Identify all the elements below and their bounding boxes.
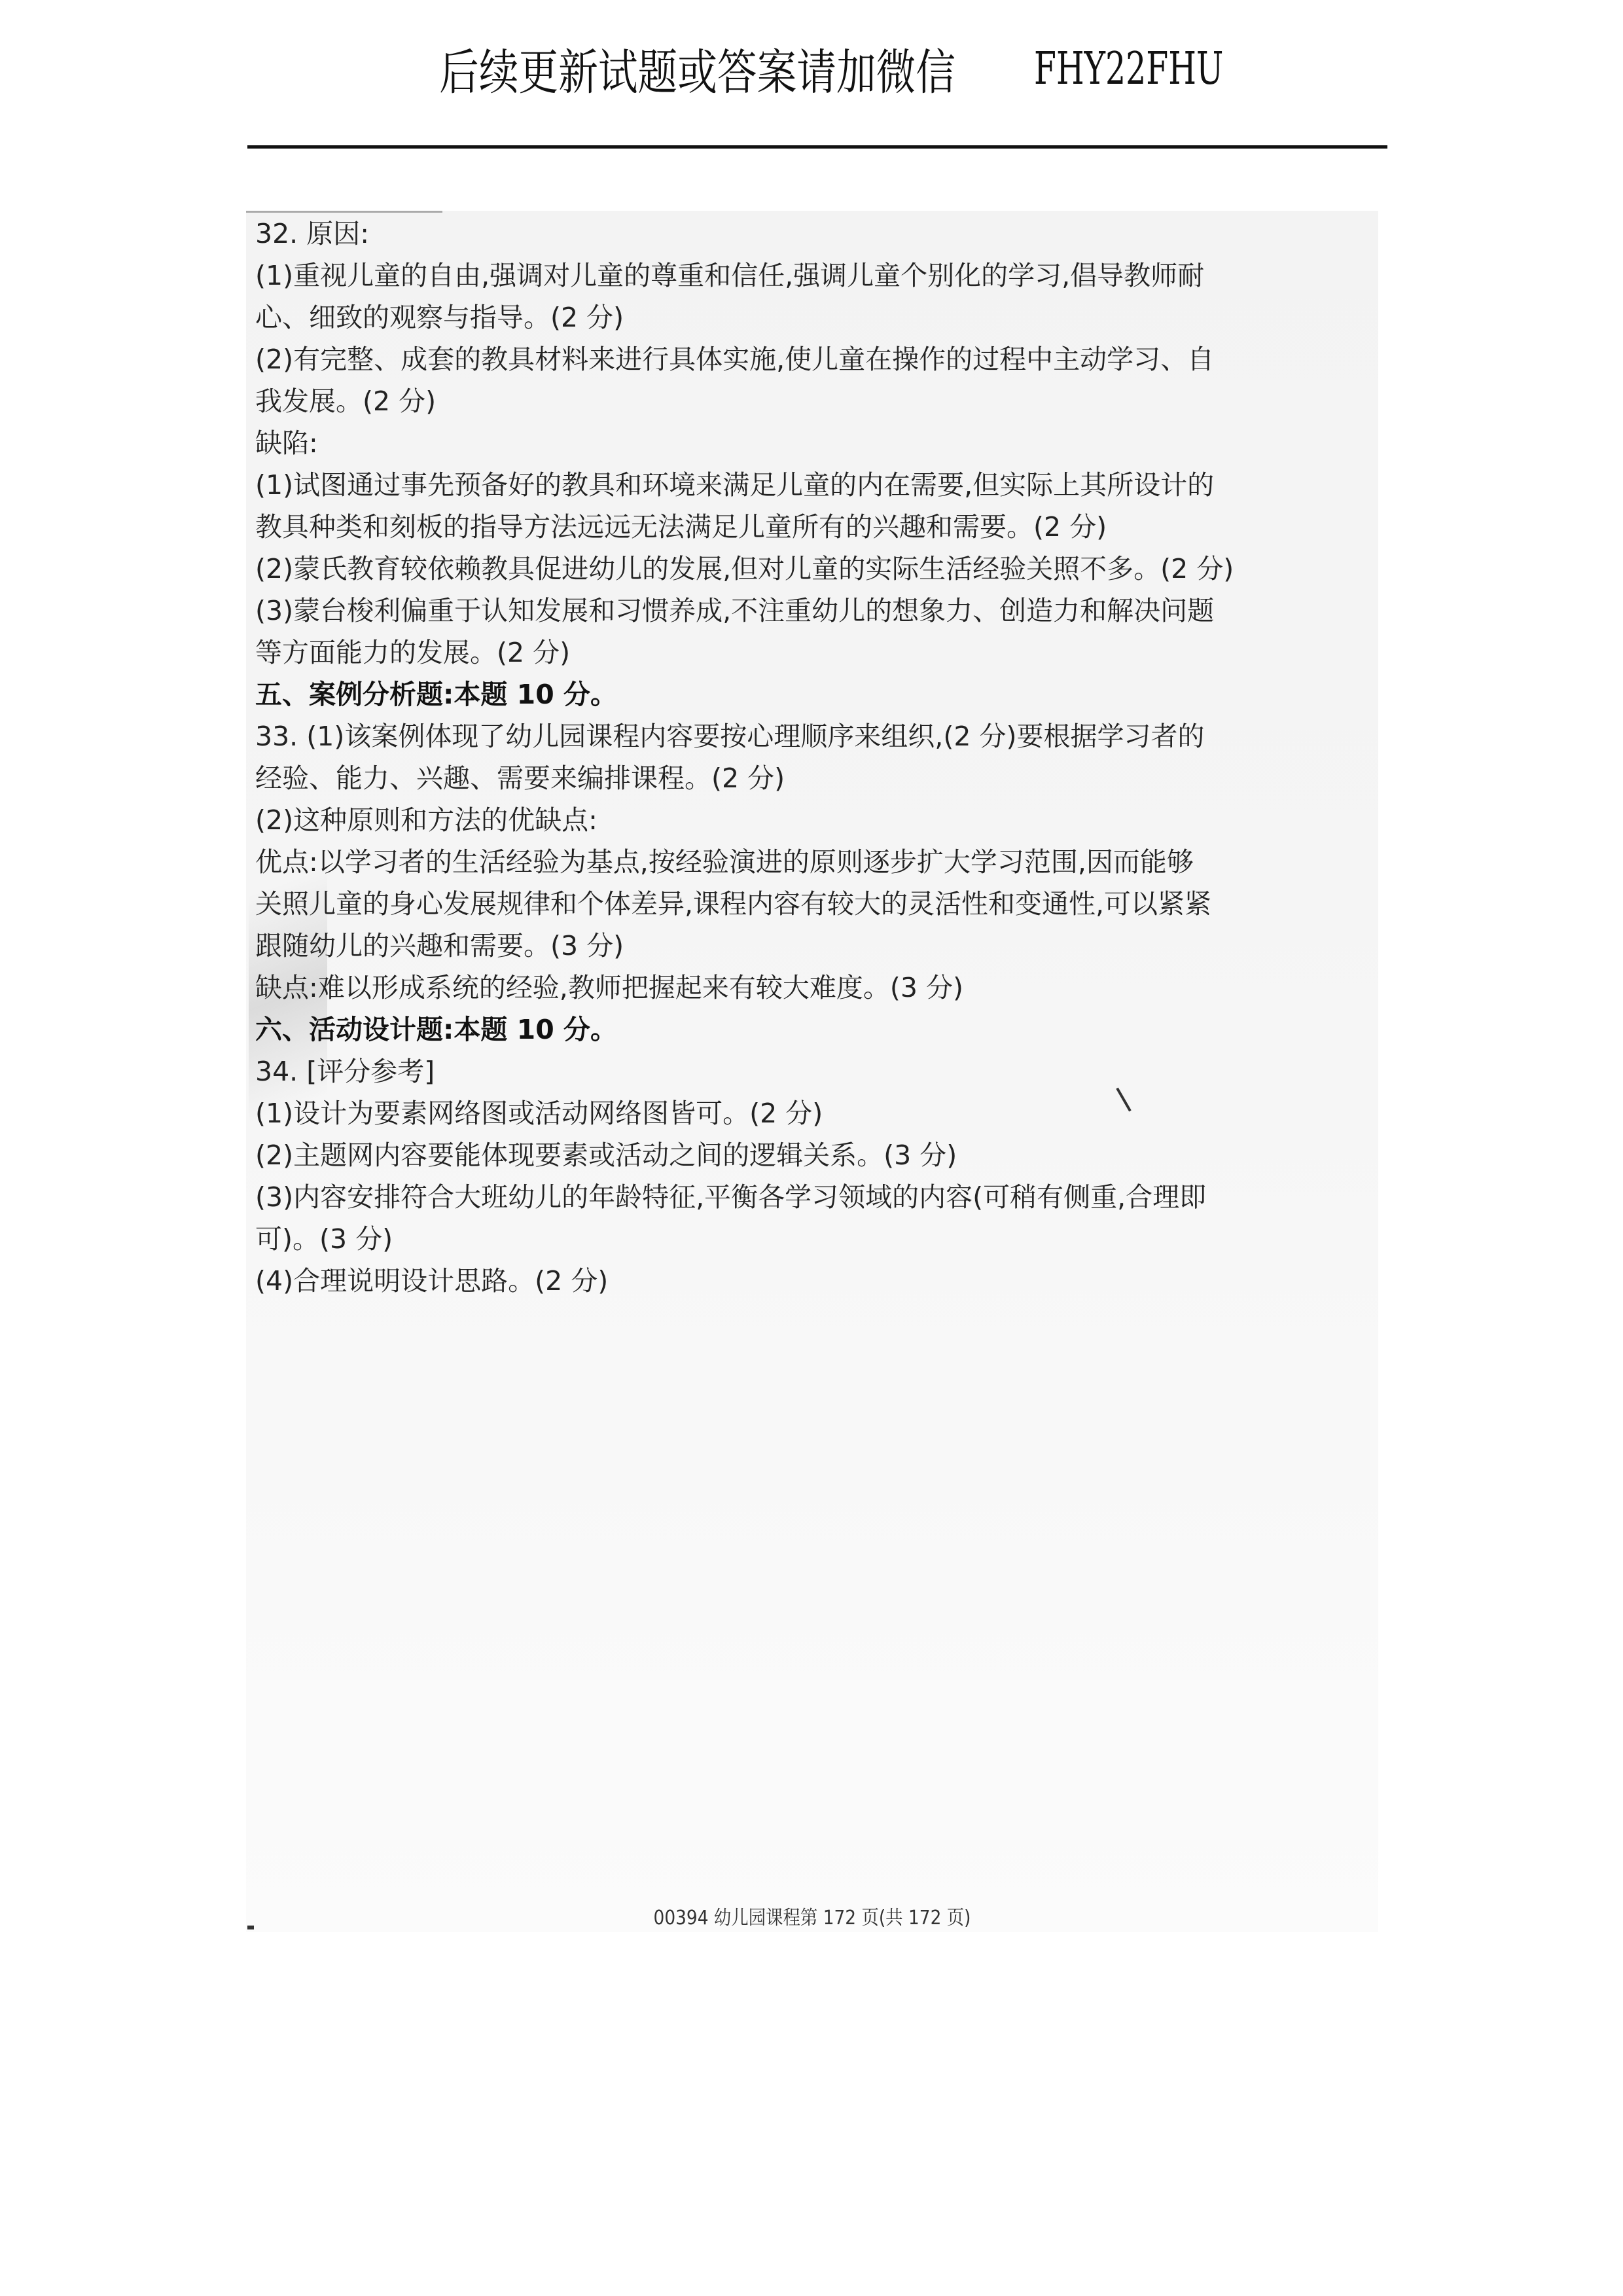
q32-line: 等方面能力的发展。(2 分) — [255, 632, 1368, 673]
q32-line: (1)试图通过事先预备好的教具和环境来满足儿童的内在需要,但实际上其所设计的 — [255, 464, 1368, 506]
q34-line: 34. [评分参考] — [255, 1050, 1368, 1092]
q33-line: 缺点:难以形成系统的经验,教师把握起来有较大难度。(3 分) — [255, 967, 1368, 1009]
q34-line: (4)合理说明设计思路。(2 分) — [255, 1260, 1368, 1302]
answer-content: 32. 原因: (1)重视儿童的自由,强调对儿童的尊重和信任,强调儿童个别化的学… — [255, 213, 1368, 1302]
q32-line: 缺陷: — [255, 422, 1368, 464]
page-header: 后续更新试题或答案请加微信 FHY22FHU — [0, 26, 1623, 111]
q33-line: 关照儿童的身心发展规律和个体差异,课程内容有较大的灵活性和变通性,可以紧紧 — [255, 883, 1368, 925]
header-divider — [247, 145, 1387, 149]
section5-title: 五、案例分析题:本题 10 分。 — [255, 673, 1368, 715]
header-notice: 后续更新试题或答案请加微信 — [439, 34, 955, 103]
q33-line: 优点:以学习者的生活经验为基点,按经验演进的原则逐步扩大学习范围,因而能够 — [255, 841, 1368, 883]
q34-line: (2)主题网内容要能体现要素或活动之间的逻辑关系。(3 分) — [255, 1134, 1368, 1176]
scan-speck — [247, 1926, 254, 1929]
q33-line: (2)这种原则和方法的优缺点: — [255, 799, 1368, 841]
q32-line: (3)蒙台梭利偏重于认知发展和习惯养成,不注重幼儿的想象力、创造力和解决问题 — [255, 590, 1368, 632]
q32-line: (2)有完整、成套的教具材料来进行具体实施,使儿童在操作的过程中主动学习、自 — [255, 338, 1368, 380]
q32-line: 32. 原因: — [255, 213, 1368, 255]
section6-title: 六、活动设计题:本题 10 分。 — [255, 1009, 1368, 1050]
header-wechat-id: FHY22FHU — [1034, 43, 1223, 95]
q33-line: 33. (1)该案例体现了幼儿园课程内容要按心理顺序来组织,(2 分)要根据学习… — [255, 715, 1368, 757]
q34-line: 可)。(3 分) — [255, 1218, 1368, 1260]
q33-line: 经验、能力、兴趣、需要来编排课程。(2 分) — [255, 757, 1368, 799]
page-footer: 00394 幼儿园课程第 172 页(共 172 页) — [314, 1901, 1310, 1930]
q32-line: 心、细致的观察与指导。(2 分) — [255, 296, 1368, 338]
q32-line: 我发展。(2 分) — [255, 380, 1368, 422]
q32-line: (1)重视儿童的自由,强调对儿童的尊重和信任,强调儿童个别化的学习,倡导教师耐 — [255, 255, 1368, 296]
q32-line: 教具种类和刻板的指导方法远远无法满足儿童所有的兴趣和需要。(2 分) — [255, 506, 1368, 548]
q34-line: (3)内容安排符合大班幼儿的年龄特征,平衡各学习领域的内容(可稍有侧重,合理即 — [255, 1176, 1368, 1218]
q32-line: (2)蒙氏教育较依赖教具促进幼儿的发展,但对儿童的实际生活经验关照不多。(2 分… — [255, 548, 1368, 590]
q33-line: 跟随幼儿的兴趣和需要。(3 分) — [255, 925, 1368, 967]
q34-line: (1)设计为要素网络图或活动网络图皆可。(2 分) — [255, 1092, 1368, 1134]
